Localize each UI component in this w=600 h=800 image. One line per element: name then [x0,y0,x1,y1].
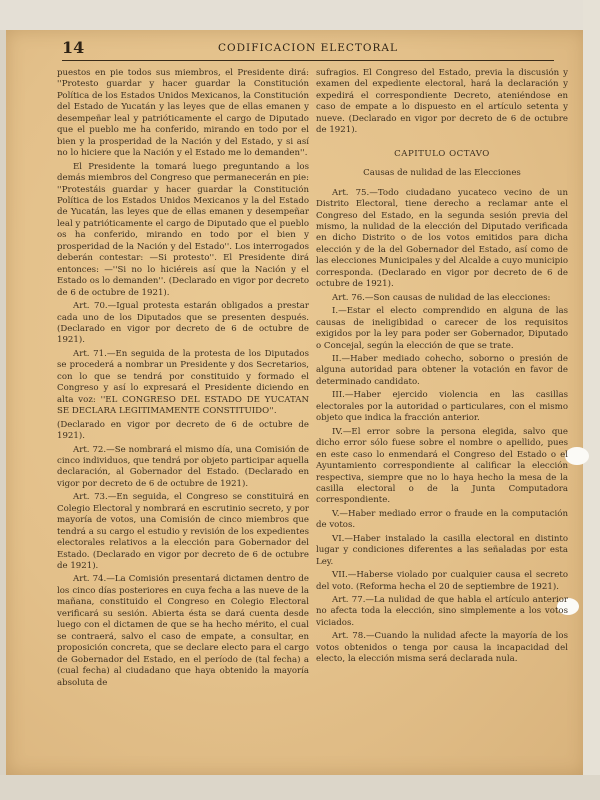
article-76: Art. 76.—Son causas de nulidad de las el… [316,293,568,304]
article-70: Art. 70.—Igual protesta estarán obligado… [57,301,309,347]
article-73: Art. 73.—En seguida, el Congreso se cons… [57,492,309,572]
fraction-ii: II.—Haber mediado cohecho, soborno o pre… [316,354,568,388]
chapter-title: CAPITULO OCTAVO [316,149,568,160]
article-75: Art. 75.—Todo ciudadano yucateco vecino … [316,188,568,291]
paragraph-continuation: sufragios. El Congreso del Estado, previ… [316,68,568,137]
scan-background-bottom [0,775,600,800]
fraction-iv: IV.—El error sobre la persona elegida, s… [316,427,568,507]
article-72: Art. 72.—Se nombrará el mismo día, una C… [57,445,309,491]
article-71: Art. 71.—En seguida de la protesta de lo… [57,349,309,418]
fraction-vii: VII.—Haberse violado por cualquier causa… [316,570,568,593]
running-title: CODIFICACION ELECTORAL [62,42,554,54]
left-column: puestos en pie todos sus miembros, el Pr… [57,68,309,691]
fraction-i: I.—Estar el electo comprendido en alguna… [316,306,568,352]
paragraph-continuation: puestos en pie todos sus miembros, el Pr… [57,68,309,160]
chapter-subtitle: Causas de nulidad de las Elecciones [316,168,568,179]
scan-background-top [0,0,600,30]
article-77: Art. 77.—La nulidad de que habla el artí… [316,595,568,629]
fraction-vi: VI.—Haber instalado la casilla electoral… [316,534,568,568]
article-74: Art. 74.—La Comisión presentará dictamen… [57,574,309,689]
right-column: sufragios. El Congreso del Estado, previ… [316,68,568,668]
article-71-note: (Declarado en vigor por decreto de 6 de … [57,420,309,443]
article-78: Art. 78.—Cuando la nulidad afecte la may… [316,631,568,665]
fraction-v: V.—Haber mediado error o fraude en la co… [316,509,568,532]
page-header: 14 CODIFICACION ELECTORAL [62,38,554,61]
fraction-iii: III.—Haber ejercido violencia en las cas… [316,390,568,424]
punch-hole-upper [565,447,589,465]
scan-background-right [583,0,600,800]
paragraph-presidente-protesta: El Presidente la tomará luego preguntand… [57,162,309,299]
